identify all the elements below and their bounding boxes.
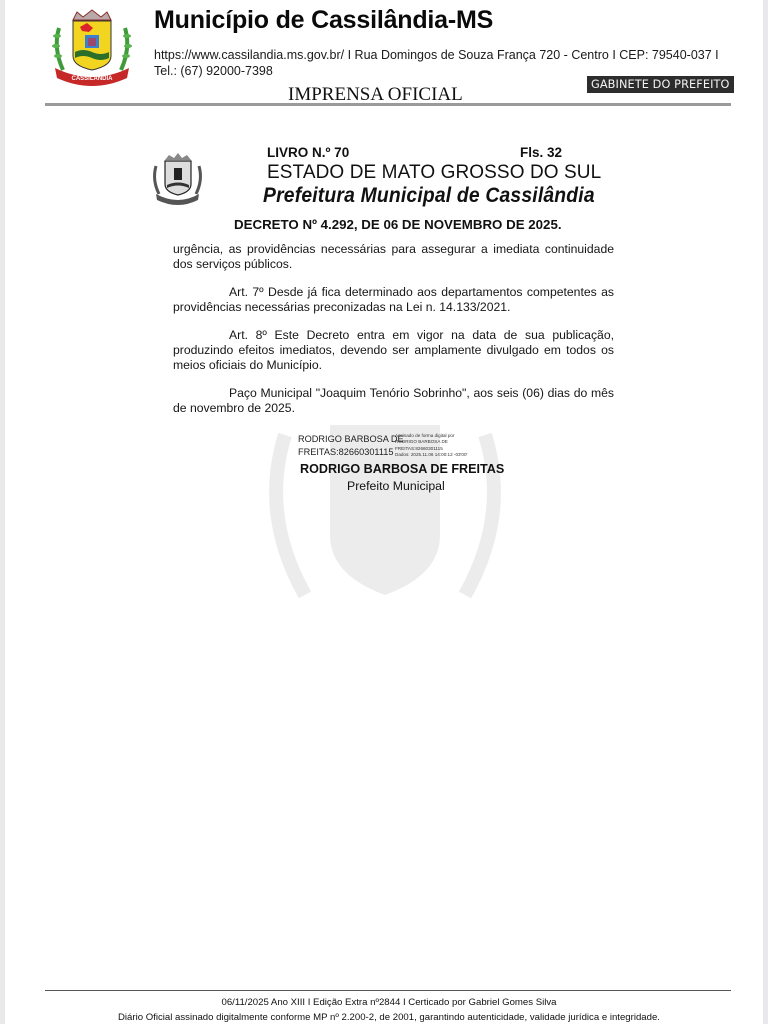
signer-role: Prefeito Municipal xyxy=(347,479,445,493)
section-badge: GABINETE DO PREFEITO xyxy=(587,76,734,93)
paragraph-art-8: Art. 8º Este Decreto entra em vigor na d… xyxy=(173,328,614,373)
header-divider xyxy=(45,103,731,106)
livro-number: LIVRO N.º 70 xyxy=(267,145,349,160)
prefeitura-heading: Prefeitura Municipal de Cassilândia xyxy=(263,184,595,208)
edition-info: 06/11/2025 Ano XIII I Edição Extra nº284… xyxy=(5,997,768,1008)
contact-info: https://www.cassilandia.ms.gov.br/ I Rua… xyxy=(154,47,734,79)
footer-divider xyxy=(45,990,731,991)
page-folio: Fls. 32 xyxy=(520,145,562,160)
paragraph-closing: Paço Municipal "Joaquim Tenório Sobrinho… xyxy=(173,386,614,416)
decree-title: DECRETO Nº 4.292, DE 06 DE NOVEMBRO DE 2… xyxy=(234,217,562,232)
address-line: https://www.cassilandia.ms.gov.br/ I Rua… xyxy=(154,47,734,63)
decree-body: urgência, as providências necessárias pa… xyxy=(173,242,614,429)
signer-cert-name: RODRIGO BARBOSA DE FREITAS:82660301115 xyxy=(298,433,404,459)
document-page: CASSILÂNDIA Município de Cassilândia-MS … xyxy=(5,0,763,1024)
state-coat-of-arms-icon xyxy=(150,152,205,206)
municipality-title: Município de Cassilândia-MS xyxy=(154,6,493,35)
digital-signature-notice: Diário Oficial assinado digitalmente con… xyxy=(5,1012,768,1023)
signature-metadata: Assinado de forma digital por RODRIGO BA… xyxy=(395,433,467,458)
paragraph-continuation: urgência, as providências necessárias pa… xyxy=(173,242,614,272)
signer-name: RODRIGO BARBOSA DE FREITAS xyxy=(300,462,504,476)
municipal-coat-of-arms-icon: CASSILÂNDIA xyxy=(49,8,135,88)
paragraph-art-7: Art. 7º Desde já fica determinado aos de… xyxy=(173,285,614,315)
state-heading: ESTADO DE MATO GROSSO DO SUL xyxy=(267,162,601,184)
svg-text:CASSILÂNDIA: CASSILÂNDIA xyxy=(71,75,113,82)
